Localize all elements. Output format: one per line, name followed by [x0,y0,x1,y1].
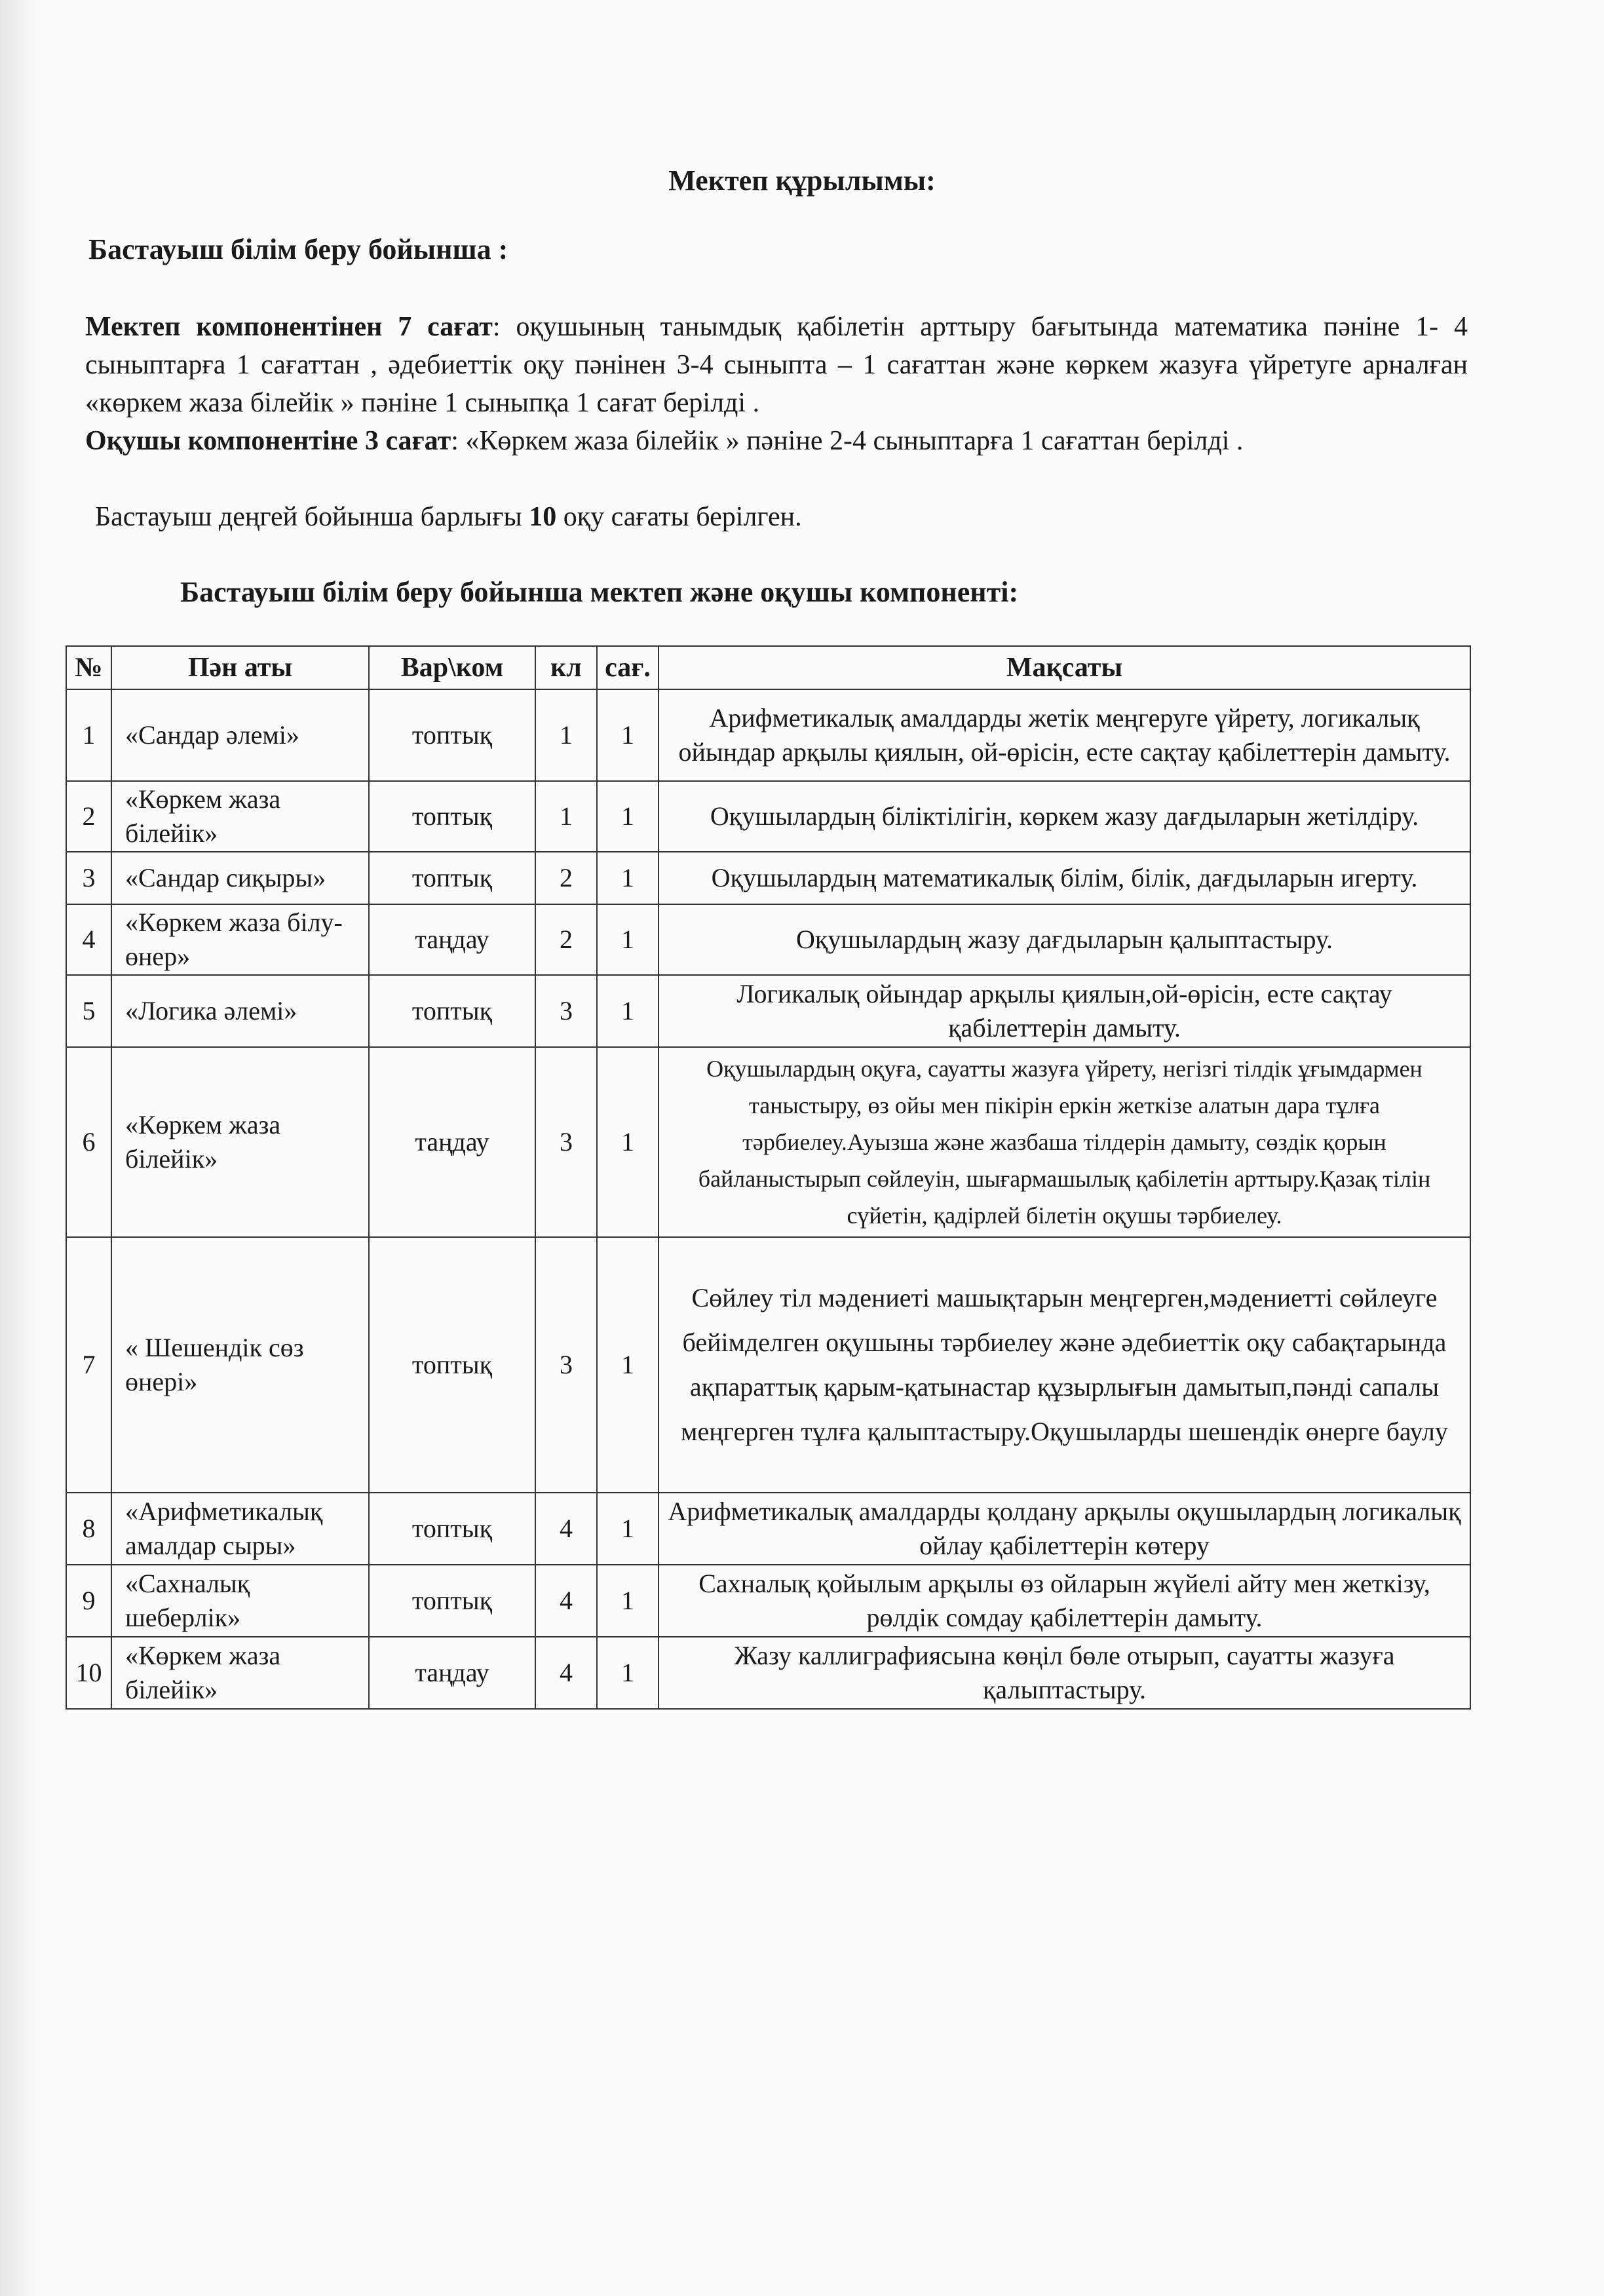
hours: 1 [597,1493,659,1565]
header-hours: сағ. [597,646,659,689]
table-row: 5«Логика әлемі»топтық31Логикалық ойындар… [66,975,1470,1047]
table-row: 1«Сандар әлемі»топтық11Арифметикалық ама… [66,689,1470,781]
goal: Сахналық қойылым арқылы өз ойларын жүйел… [659,1565,1470,1637]
component-type: топтық [369,781,535,852]
hours: 1 [597,1237,659,1493]
hours: 1 [597,975,659,1047]
subject-name: «Көркем жаза білейік» [111,1047,369,1237]
header-type: Вар\ком [369,646,535,689]
component-type: таңдау [369,904,535,975]
page-title: Мектеп құрылымы: [0,164,1604,197]
header-goal: Мақсаты [659,646,1470,689]
row-number: 2 [66,781,111,852]
component-type: топтық [369,1493,535,1565]
hours: 1 [597,1047,659,1237]
school-component-label: Мектеп компонентінен 7 сағат [85,312,493,342]
subjects-table: № Пән аты Вар\ком кл сағ. Мақсаты 1«Санд… [66,645,1471,1710]
table-row: 9«Сахналық шеберлік»топтық41Сахналық қой… [66,1565,1470,1637]
class: 2 [535,904,597,975]
subject-name: «Көркем жаза білейік» [111,1637,369,1709]
table-header-row: № Пән аты Вар\ком кл сағ. Мақсаты [66,646,1470,689]
row-number: 5 [66,975,111,1047]
scan-edge-shadow [0,0,39,2296]
class: 2 [535,852,597,904]
subject-name: « Шешендік сөз өнері» [111,1237,369,1493]
row-number: 3 [66,852,111,904]
class: 4 [535,1493,597,1565]
row-number: 4 [66,904,111,975]
goal: Оқушылардың біліктілігін, көркем жазу да… [659,781,1470,852]
hours: 1 [597,1637,659,1709]
goal: Сөйлеу тіл мәдениеті машықтарын меңгерге… [659,1237,1470,1493]
intro-paragraph: Мектеп компонентінен 7 сағат: оқушының т… [85,308,1468,460]
class: 1 [535,781,597,852]
student-component-text: : «Көркем жаза білейік » пәніне 2-4 сыны… [451,426,1243,456]
row-number: 9 [66,1565,111,1637]
subject-name: «Логика әлемі» [111,975,369,1047]
total-hours-value: 10 [529,502,556,532]
subject-name: «Көркем жаза білу-өнер» [111,904,369,975]
subject-name: «Арифметикалық амалдар сыры» [111,1493,369,1565]
class: 4 [535,1637,597,1709]
row-number: 6 [66,1047,111,1237]
component-type: таңдау [369,1637,535,1709]
row-number: 1 [66,689,111,781]
subject-name: «Сандар әлемі» [111,689,369,781]
hours: 1 [597,1565,659,1637]
student-component-label: Оқушы компонентіне 3 сағат [85,426,451,456]
table-row: 10«Көркем жаза білейік»таңдау41Жазу калл… [66,1637,1470,1709]
total-hours-line: Бастауыш деңгей бойынша барлығы 10 оқу с… [95,501,802,533]
row-number: 10 [66,1637,111,1709]
component-type: топтық [369,1237,535,1493]
header-subject: Пән аты [111,646,369,689]
section-heading: Бастауыш білім беру бойынша : [88,233,508,266]
header-number: № [66,646,111,689]
hours: 1 [597,852,659,904]
table-row: 3«Сандар сиқыры»топтық21Оқушылардың мате… [66,852,1470,904]
class: 1 [535,689,597,781]
table-row: 7« Шешендік сөз өнері»топтық31Сөйлеу тіл… [66,1237,1470,1493]
goal: Оқушылардың оқуға, сауатты жазуға үйрету… [659,1047,1470,1237]
total-prefix: Бастауыш деңгей бойынша барлығы [95,502,529,532]
class: 3 [535,975,597,1047]
row-number: 8 [66,1493,111,1565]
header-class: кл [535,646,597,689]
hours: 1 [597,904,659,975]
goal: Оқушылардың жазу дағдыларын қалыптастыру… [659,904,1470,975]
goal: Арифметикалық амалдарды жетік меңгеруге … [659,689,1470,781]
component-type: топтық [369,975,535,1047]
class: 3 [535,1237,597,1493]
table-row: 8«Арифметикалық амалдар сыры»топтық41Ари… [66,1493,1470,1565]
class: 3 [535,1047,597,1237]
goal: Оқушылардың математикалық білім, білік, … [659,852,1470,904]
table-title: Бастауыш білім беру бойынша мектеп және … [180,575,1018,609]
hours: 1 [597,689,659,781]
component-type: таңдау [369,1047,535,1237]
component-type: топтық [369,1565,535,1637]
subject-name: «Сандар сиқыры» [111,852,369,904]
goal: Жазу каллиграфиясына көңіл бөле отырып, … [659,1637,1470,1709]
subject-name: «Сахналық шеберлік» [111,1565,369,1637]
table-row: 6«Көркем жаза білейік»таңдау31Оқушыларды… [66,1047,1470,1237]
table-row: 4«Көркем жаза білу-өнер»таңдау21Оқушылар… [66,904,1470,975]
goal: Логикалық ойындар арқылы қиялын,ой-өрісі… [659,975,1470,1047]
class: 4 [535,1565,597,1637]
subject-name: «Көркем жаза білейік» [111,781,369,852]
table-row: 2«Көркем жаза білейік»топтық11Оқушыларды… [66,781,1470,852]
component-type: топтық [369,852,535,904]
hours: 1 [597,781,659,852]
row-number: 7 [66,1237,111,1493]
component-type: топтық [369,689,535,781]
total-suffix: оқу сағаты берілген. [556,502,801,532]
goal: Арифметикалық амалдарды қолдану арқылы о… [659,1493,1470,1565]
